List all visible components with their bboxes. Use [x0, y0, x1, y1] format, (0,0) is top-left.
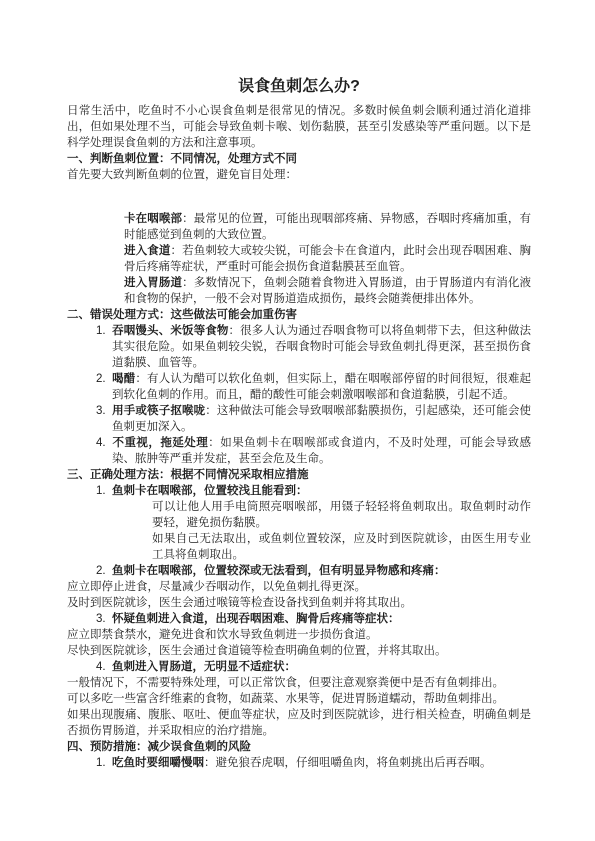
item-paragraph: 可以多吃一些富含纤维素的食物，如蔬菜、水果等，促进胃肠道蠕动，帮助鱼刺排出。 — [67, 691, 531, 707]
item-desc: ：最常见的位置，可能出现咽部疼痛、异物感，吞咽时疼痛加重，有时能感觉到鱼刺的大致… — [124, 213, 531, 241]
list-item: 2.喝醋：有人认为醋可以软化鱼刺，但实际上，醋在咽喉部停留的时间很短，很难起到软… — [67, 371, 531, 403]
item-paragraph: 应立即停止进食，尽量减少吞咽动作，以免鱼刺扎得更深。 — [67, 579, 531, 595]
item-term: 进入食道 — [124, 245, 171, 257]
item-number: 4. — [96, 435, 112, 451]
item-number: 1. — [96, 755, 112, 771]
item-term: 怀疑鱼刺进入食道，出现吞咽困难、胸骨后疼痛等症状： — [112, 613, 400, 625]
list-item-heading: 1.鱼刺卡在咽喉部，位置较浅且能看到： — [67, 483, 531, 499]
section2-list: 1.吞咽馒头、米饭等食物：很多人认为通过吞咽食物可以将鱼刺带下去，但这种做法其实… — [67, 323, 531, 467]
item-term: 吃鱼时要细嚼慢咽 — [112, 757, 204, 769]
item-term: 吞咽馒头、米饭等食物 — [112, 325, 229, 337]
section1-heading: 一、判断鱼刺位置：不同情况，处理方式不同 — [67, 151, 531, 167]
item-paragraph: 应立即禁食禁水，避免进食和饮水导致鱼刺进一步损伤食道。 — [67, 627, 531, 643]
list-item-heading: 3.怀疑鱼刺进入食道，出现吞咽困难、胸骨后疼痛等症状： — [67, 611, 531, 627]
item-desc: ：有人认为醋可以软化鱼刺，但实际上，醋在咽喉部停留的时间很短，很难起到软化鱼刺的… — [112, 373, 531, 401]
item-paragraph: 尽快到医院就诊，医生会通过食道镜等检查明确鱼刺的位置，并将其取出。 — [67, 643, 531, 659]
section2-heading: 二、错误处理方式：这些做法可能会加重伤害 — [67, 307, 531, 323]
item-paragraph: 一般情况下，不需要特殊处理，可以正常饮食，但要注意观察粪便中是否有鱼刺排出。 — [67, 675, 531, 691]
item-paragraph: 如果自己无法取出，或鱼刺位置较深，应及时到医院就诊，由医生用专业工具将鱼刺取出。 — [152, 531, 531, 563]
section4-list: 1.吃鱼时要细嚼慢咽：避免狼吞虎咽，仔细咀嚼鱼肉，将鱼刺挑出后再吞咽。 — [67, 755, 531, 771]
item-number: 1. — [96, 323, 112, 339]
document-title: 误食鱼刺怎么办? — [67, 76, 531, 98]
item-term: 进入胃肠道 — [124, 277, 182, 289]
item-term: 卡在咽喉部 — [124, 213, 182, 225]
list-item: 进入胃肠道：多数情况下，鱼刺会随着食物进入胃肠道，由于胃肠道内有消化液和食物的保… — [124, 275, 531, 307]
document-page: 误食鱼刺怎么办? 日常生活中，吃鱼时不小心误食鱼刺是很常见的情况。多数时候鱼刺会… — [0, 0, 595, 841]
item-number: 1. — [96, 483, 112, 499]
item-term: 喝醋 — [112, 373, 135, 385]
item-desc: ：若鱼刺较大或较尖锐，可能会卡在食道内，此时会出现吞咽困难、胸骨后疼痛等症状，严… — [124, 245, 531, 273]
list-item-heading: 2.鱼刺卡在咽喉部，位置较深或无法看到，但有明显异物感和疼痛： — [67, 563, 531, 579]
item-number: 4. — [96, 659, 112, 675]
item-term: 鱼刺卡在咽喉部，位置较浅且能看到： — [112, 485, 308, 497]
list-item-heading: 4.鱼刺进入胃肠道，无明显不适症状： — [67, 659, 531, 675]
section3-list: 1.鱼刺卡在咽喉部，位置较浅且能看到： 可以让他人用手电筒照亮咽喉部，用镊子轻轻… — [67, 483, 531, 739]
item-number: 2. — [96, 563, 112, 579]
item-number: 3. — [96, 403, 112, 419]
section3-heading: 三、正确处理方法：根据不同情况采取相应措施 — [67, 467, 531, 483]
section4-heading: 四、预防措施：减少误食鱼刺的风险 — [67, 739, 531, 755]
list-item: 4.不重视，拖延处理：如果鱼刺卡在咽喉部或食道内，不及时处理，可能会导致感染、脓… — [67, 435, 531, 467]
item-term: 用手或筷子抠喉咙 — [112, 405, 205, 417]
list-item: 1.吃鱼时要细嚼慢咽：避免狼吞虎咽，仔细咀嚼鱼肉，将鱼刺挑出后再吞咽。 — [67, 755, 531, 771]
item-desc: ：多数情况下，鱼刺会随着食物进入胃肠道，由于胃肠道内有消化液和食物的保护，一般不… — [124, 277, 531, 305]
item-number: 2. — [96, 371, 112, 387]
item-desc: ：避免狼吞虎咽，仔细咀嚼鱼肉，将鱼刺挑出后再吞咽。 — [204, 757, 492, 769]
item-term: 鱼刺卡在咽喉部，位置较深或无法看到，但有明显异物感和疼痛： — [112, 565, 446, 577]
item-term: 鱼刺进入胃肠道，无明显不适症状： — [112, 661, 296, 673]
intro-paragraph: 日常生活中，吃鱼时不小心误食鱼刺是很常见的情况。多数时候鱼刺会顺利通过消化道排出… — [67, 103, 531, 151]
list-item: 进入食道：若鱼刺较大或较尖锐，可能会卡在食道内，此时会出现吞咽困难、胸骨后疼痛等… — [124, 243, 531, 275]
item-paragraph: 及时到医院就诊，医生会通过喉镜等检查设备找到鱼刺并将其取出。 — [67, 595, 531, 611]
item-paragraph: 可以让他人用手电筒照亮咽喉部，用镊子轻轻将鱼刺取出。取鱼刺时动作要轻，避免损伤黏… — [152, 499, 531, 531]
item-number: 3. — [96, 611, 112, 627]
item-term: 不重视，拖延处理 — [112, 437, 208, 449]
list-item: 3.用手或筷子抠喉咙：这种做法可能会导致咽喉部黏膜损伤，引起感染，还可能会使鱼刺… — [67, 403, 531, 435]
list-item: 1.吞咽馒头、米饭等食物：很多人认为通过吞咽食物可以将鱼刺带下去，但这种做法其实… — [67, 323, 531, 371]
section1-position-list: 卡在咽喉部：最常见的位置，可能出现咽部疼痛、异物感，吞咽时疼痛加重，有时能感觉到… — [124, 211, 531, 307]
item-paragraph: 如果出现腹痛、腹胀、呕吐、便血等症状，应及时到医院就诊，进行相关检查，明确鱼刺是… — [67, 707, 531, 739]
list-item: 卡在咽喉部：最常见的位置，可能出现咽部疼痛、异物感，吞咽时疼痛加重，有时能感觉到… — [124, 211, 531, 243]
section1-lead: 首先要大致判断鱼刺的位置，避免盲目处理： — [67, 167, 531, 183]
